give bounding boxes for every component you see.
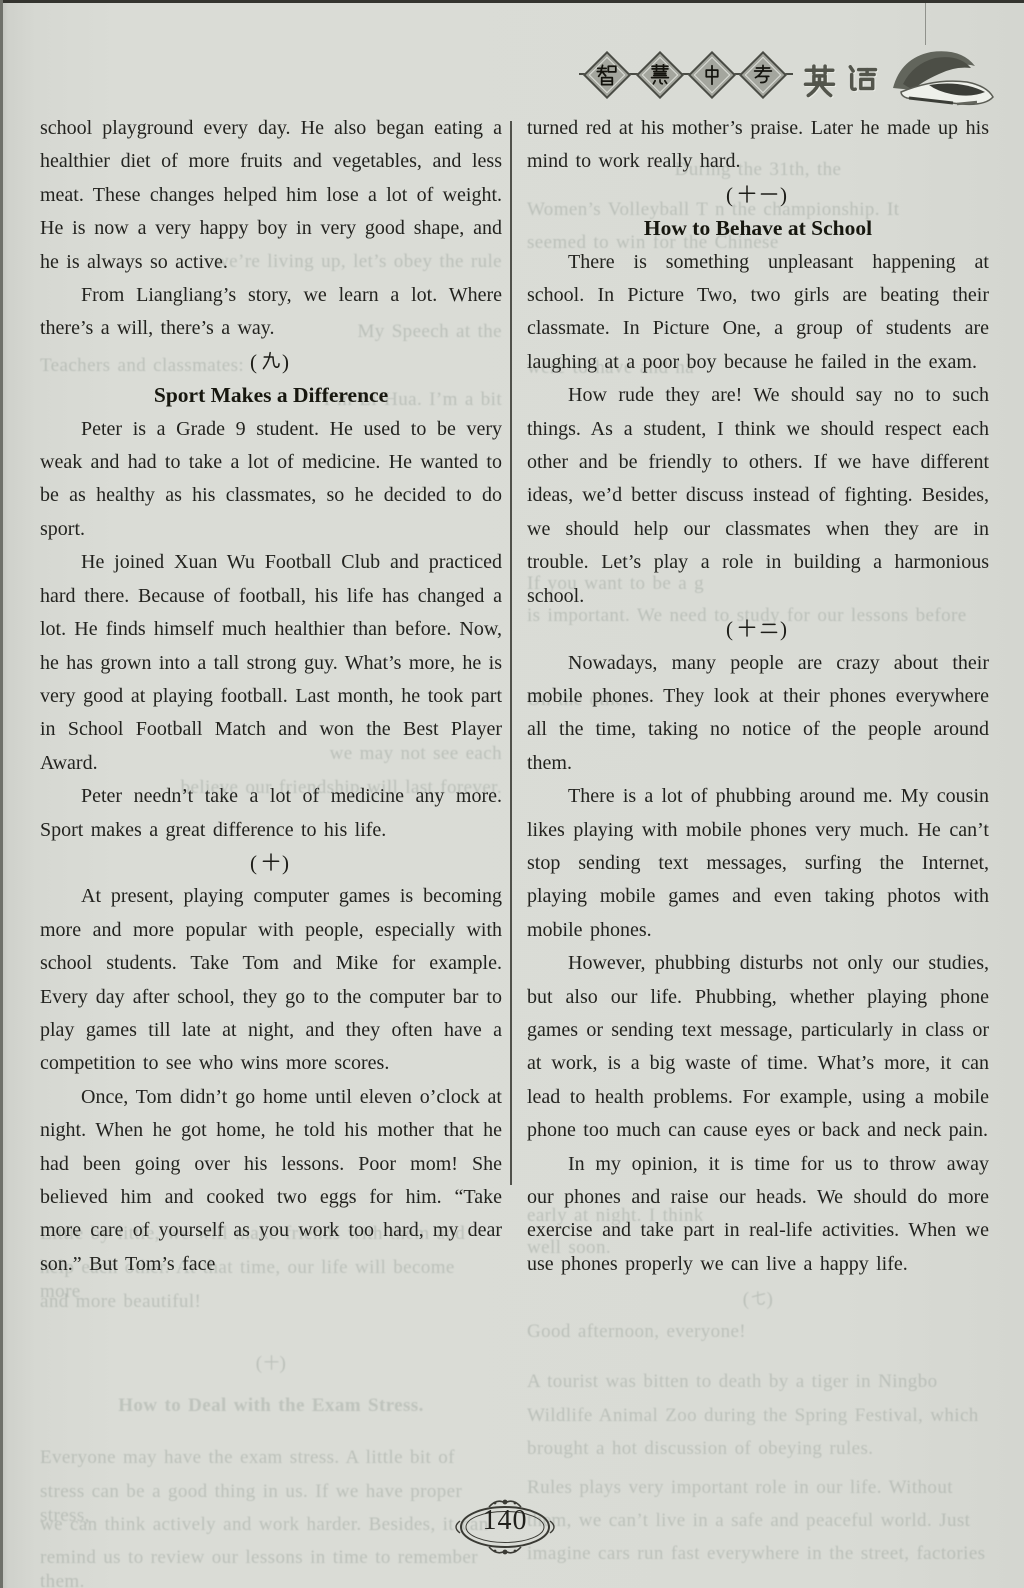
essay-title: Sport Makes a Difference xyxy=(40,379,502,412)
paragraph: At present, playing computer games is be… xyxy=(40,880,502,1080)
logo-character xyxy=(697,60,727,90)
logo-diamond xyxy=(739,51,787,99)
bleedthrough-line: and more beautiful! xyxy=(40,1290,502,1314)
paragraph: He joined Xuan Wu Football Club and prac… xyxy=(40,546,502,780)
paragraph: Once, Tom didn’t go home until eleven o’… xyxy=(40,1081,502,1281)
bleedthrough-line: Good afternoon, everyone! xyxy=(527,1320,989,1344)
section-number: () xyxy=(527,179,989,212)
cjk-glyph-qi xyxy=(750,1290,767,1307)
logo-diamond xyxy=(583,51,631,99)
cjk-glyph-zhong xyxy=(701,64,723,86)
page-number-badge: 140 xyxy=(443,1496,567,1558)
paragraph: turned red at his mother’s praise. Later… xyxy=(527,112,989,179)
bleedthrough-line: Wildlife Animal Zoo during the Spring Fe… xyxy=(527,1404,989,1428)
cjk-glyph-shi xyxy=(261,852,281,872)
bleedthrough-line: brought a hot discussion of obeying rule… xyxy=(527,1437,989,1461)
paragraph: In my opinion, it is time for us to thro… xyxy=(527,1148,989,1282)
bleedthrough-line: stress can be a good thing in us. If we … xyxy=(40,1480,502,1528)
cjk-glyph-shi xyxy=(737,184,757,204)
cjk-glyph-shi xyxy=(263,1354,280,1371)
paragraph: There is a lot of phubbing around me. My… xyxy=(527,780,989,947)
section-number: () xyxy=(40,346,502,379)
paragraph: school playground every day. He also beg… xyxy=(40,112,502,279)
scanned-page: we’re living up, let’s obey the ruleMy S… xyxy=(0,0,1024,1588)
logo-character xyxy=(592,60,622,90)
paragraph: Peter is a Grade 9 student. He used to b… xyxy=(40,413,502,547)
page-edge-shadow xyxy=(0,0,3,1588)
paragraph: How rude they are! We should say no to s… xyxy=(527,379,989,613)
paragraph: Peter needn’t take a lot of medicine any… xyxy=(40,780,502,847)
essay-title: How to Behave at School xyxy=(527,212,989,245)
logo-subject-label xyxy=(802,64,879,99)
section-number: () xyxy=(527,613,989,646)
cjk-glyph-shi xyxy=(737,618,757,638)
bleedthrough-line: imagine cars run fast everywhere in the … xyxy=(527,1542,989,1566)
logo-character xyxy=(748,60,778,90)
bleedthrough-line: () xyxy=(527,1288,989,1312)
bleedthrough-line: () xyxy=(40,1352,502,1376)
page-number: 140 xyxy=(443,1505,567,1537)
right-column: turned red at his mother’s praise. Later… xyxy=(527,112,989,1281)
cjk-glyph-jiu xyxy=(261,351,281,371)
cjk-glyph-hui xyxy=(649,64,671,86)
bleedthrough-line: them, we can’t live in a safe and peacef… xyxy=(527,1509,989,1533)
cjk-glyph-kao xyxy=(752,64,774,86)
logo-character xyxy=(645,60,675,90)
bleedthrough-line: How to Deal with the Exam Stress. xyxy=(40,1394,502,1418)
bleedthrough-line: remind us to review our lessons in time … xyxy=(40,1546,502,1588)
paragraph: From Liangliang’s story, we learn a lot.… xyxy=(40,279,502,346)
page-edge-top xyxy=(0,0,1024,3)
cjk-glyph-ying xyxy=(802,64,837,99)
left-column: school playground every day. He also beg… xyxy=(40,112,502,1281)
paragraph: There is something unpleasant happening … xyxy=(527,246,989,380)
logo-diamond xyxy=(688,51,736,99)
cjk-glyph-yi xyxy=(759,184,779,204)
cjk-glyph-zhi xyxy=(596,64,618,86)
column-divider xyxy=(510,121,512,1185)
high-speed-train-icon xyxy=(873,38,999,116)
bleedthrough-line: A tourist was bitten to death by a tiger… xyxy=(527,1370,989,1394)
section-number: () xyxy=(40,847,502,880)
book-logo xyxy=(575,36,1005,120)
bleedthrough-line: Everyone may have the exam stress. A lit… xyxy=(40,1446,502,1470)
bleedthrough-line: Rules plays very important role in our l… xyxy=(527,1476,989,1500)
bleedthrough-line: we can think actively and work harder. B… xyxy=(40,1513,502,1537)
paragraph: Nowadays, many people are crazy about th… xyxy=(527,647,989,781)
paragraph: However, phubbing disturbs not only our … xyxy=(527,947,989,1147)
logo-diamond xyxy=(636,51,684,99)
cjk-glyph-er xyxy=(759,618,779,638)
